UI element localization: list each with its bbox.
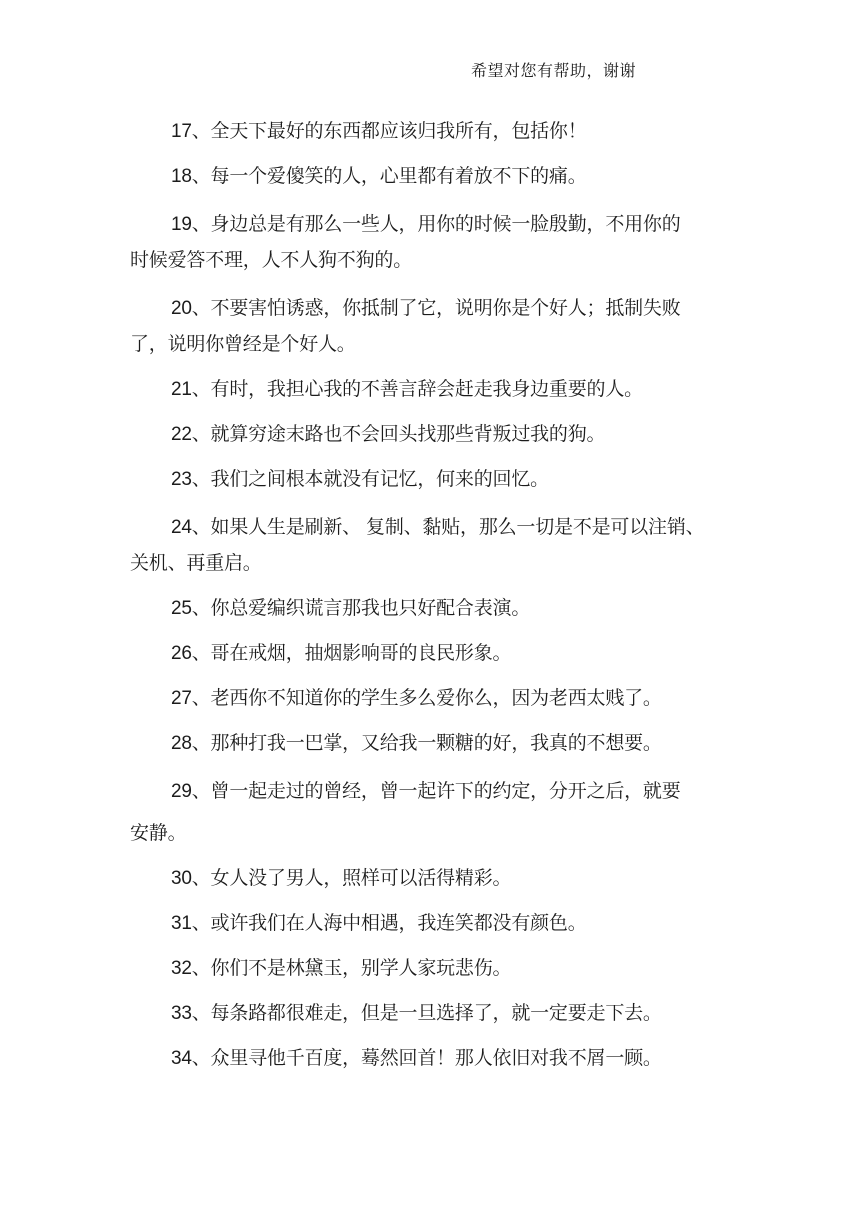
quote-paragraph: 32、你们不是林黛玉，别学人家玩悲伤。: [130, 951, 716, 987]
document-page: 希望对您有帮助，谢谢 17、全天下最好的东西都应该归我所有，包括你！18、每一个…: [0, 0, 860, 1218]
quote-paragraph: 19、身边总是有那么一些人，用你的时候一脸殷勤，不用你的 时候爱答不理，人不人狗…: [130, 207, 716, 279]
quote-paragraph: 18、每一个爱傻笑的人，心里都有着放不下的痛。: [130, 159, 716, 195]
quote-paragraph: 31、或许我们在人海中相遇，我连笑都没有颜色。: [130, 906, 716, 942]
quote-paragraph: 30、女人没了男人，照样可以活得精彩。: [130, 861, 716, 897]
quote-paragraph: 24、如果人生是刷新、 复制、黏贴，那么一切是不是可以注销、 关机、再重启。: [130, 510, 716, 582]
quotes-list: 17、全天下最好的东西都应该归我所有，包括你！18、每一个爱傻笑的人，心里都有着…: [130, 114, 716, 1086]
page-header-note: 希望对您有帮助，谢谢: [471, 62, 636, 82]
quote-paragraph: 21、有时，我担心我的不善言辞会赶走我身边重要的人。: [130, 372, 716, 408]
quote-paragraph: 23、我们之间根本就没有记忆，何来的回忆。: [130, 462, 716, 498]
quote-paragraph: 22、就算穷途末路也不会回头找那些背叛过我的狗。: [130, 417, 716, 453]
quote-paragraph: 17、全天下最好的东西都应该归我所有，包括你！: [130, 114, 716, 150]
quote-paragraph: 26、哥在戒烟，抽烟影响哥的良民形象。: [130, 636, 716, 672]
quote-paragraph: 34、众里寻他千百度，蓦然回首！那人依旧对我不屑一顾。: [130, 1041, 716, 1077]
quote-paragraph: 28、那种打我一巴掌，又给我一颗糖的好，我真的不想要。: [130, 726, 716, 762]
quote-paragraph: 25、你总爱编织谎言那我也只好配合表演。: [130, 591, 716, 627]
quote-paragraph: 33、每条路都很难走，但是一旦选择了，就一定要走下去。: [130, 996, 716, 1032]
quote-paragraph: 20、不要害怕诱惑，你抵制了它，说明你是个好人；抵制失败 了，说明你曾经是个好人…: [130, 291, 716, 363]
quote-paragraph: 27、老西你不知道你的学生多么爱你么，因为老西太贱了。: [130, 681, 716, 717]
quote-paragraph: 29、曾一起走过的曾经，曾一起许下的约定，分开之后，就要 安静。: [130, 771, 716, 855]
